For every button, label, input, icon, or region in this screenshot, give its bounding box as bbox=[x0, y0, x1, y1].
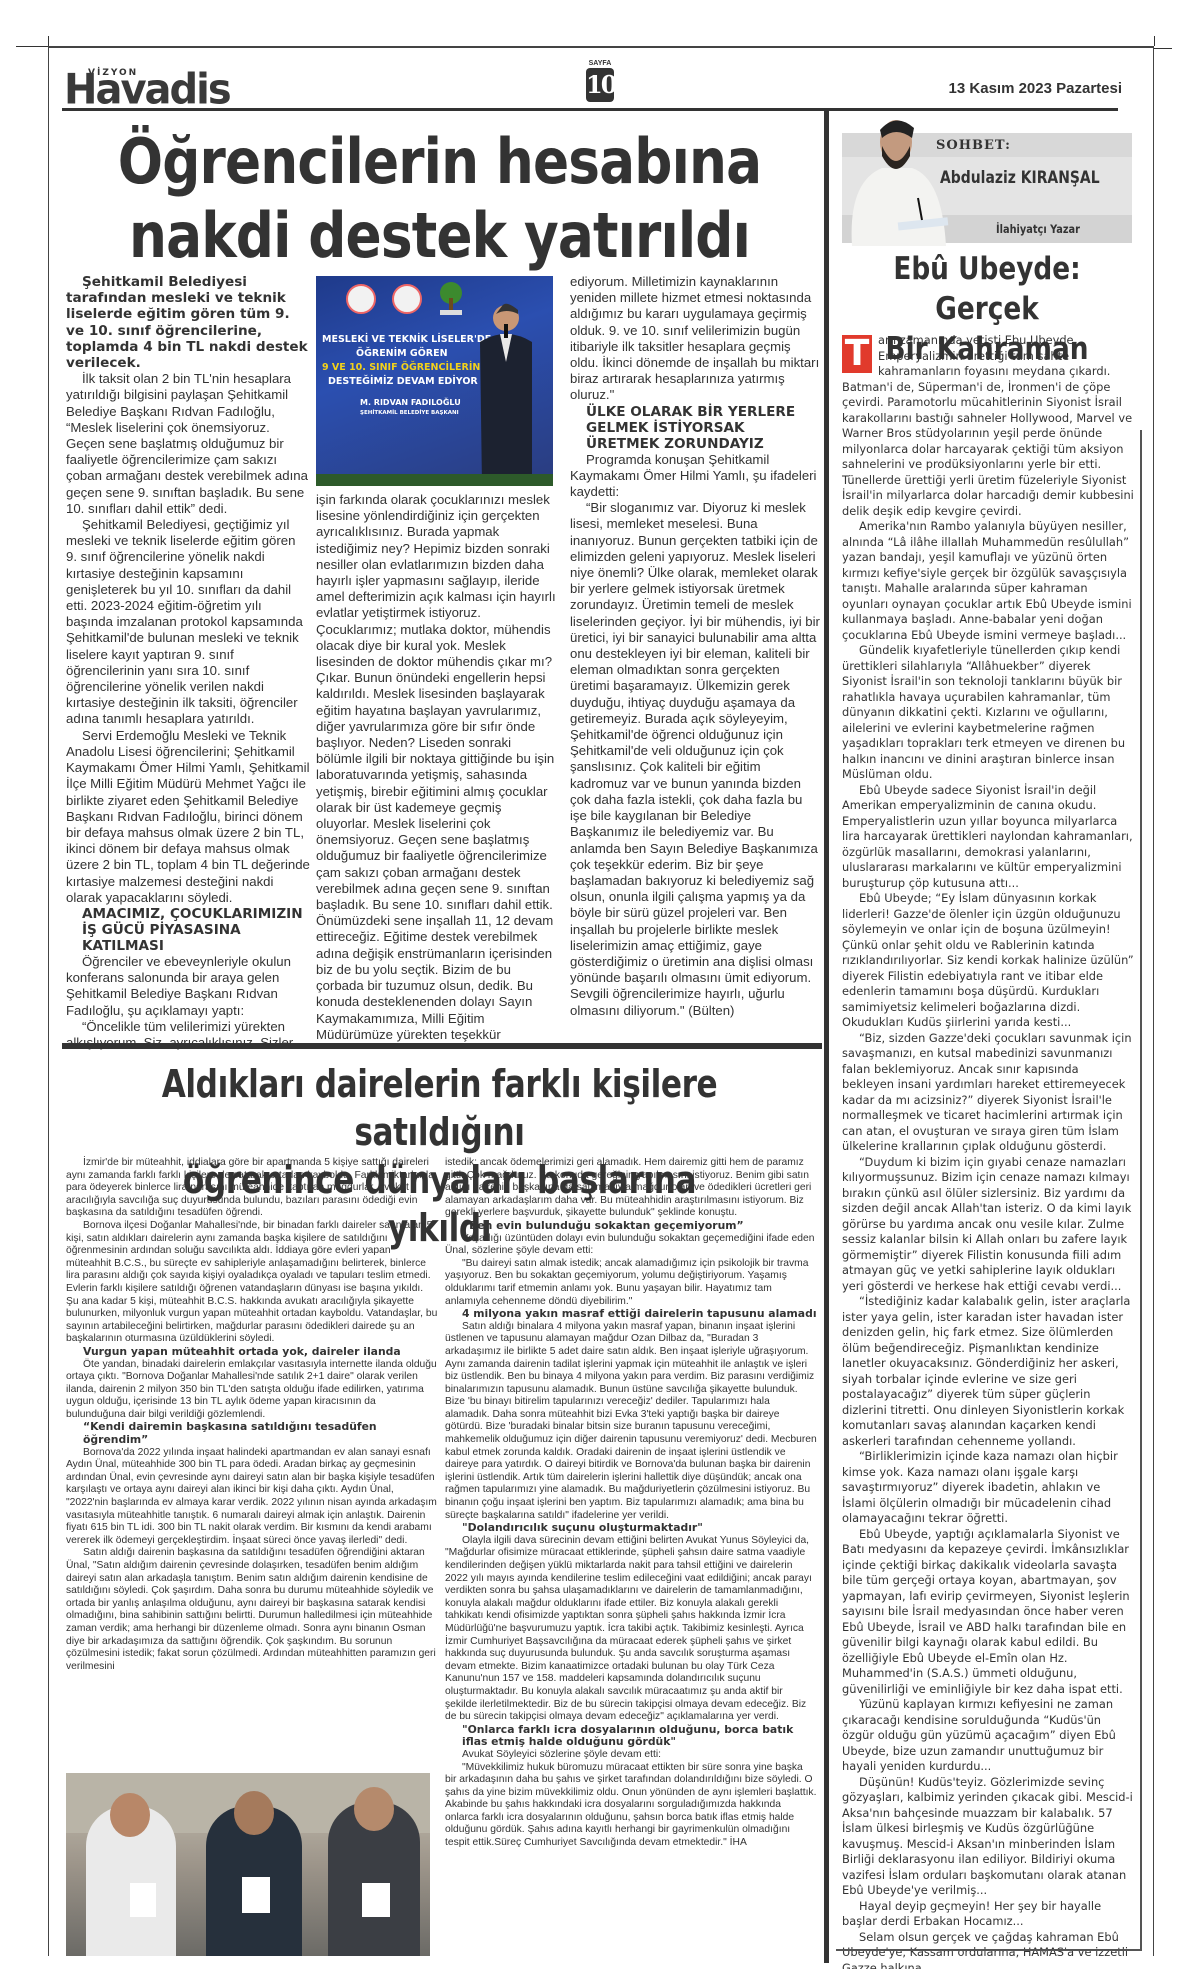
crop-mark bbox=[16, 46, 48, 47]
masthead-rule bbox=[62, 108, 1118, 111]
article1-lead: Şehitkamil Belediyesi tarafından mesleki… bbox=[66, 274, 310, 371]
article1-column-3: ediyorum. Milletimizin kaynaklarının yen… bbox=[570, 274, 820, 1019]
paragraph: Öte yandan, binadaki dairelerin emlakçıl… bbox=[66, 1359, 438, 1422]
page-label: SAYFA bbox=[586, 60, 614, 67]
paragraph: işin farkında olarak çocuklarınızı mesle… bbox=[316, 492, 556, 1043]
paragraph: Yaşadığı üzüntüden dolayı evin bulunduğu… bbox=[445, 1233, 817, 1258]
photo-ground bbox=[316, 474, 553, 486]
article1-column-2: işin farkında olarak çocuklarınızı mesle… bbox=[316, 492, 556, 1043]
person-head bbox=[354, 1787, 394, 1831]
crop-mark bbox=[48, 36, 49, 46]
paragraph: "Müvekkilimiz hukuk büromuzu müracaat et… bbox=[445, 1762, 817, 1850]
speaker-figure bbox=[474, 302, 536, 486]
article2-subhead: “Ben evin bulunduğu sokaktan geçemiyorum… bbox=[445, 1220, 817, 1233]
paragraph: "Bu daireyi satın almak istedik; ancak a… bbox=[445, 1258, 817, 1308]
section-divider bbox=[62, 1043, 822, 1049]
article2-subhead: "Onlarca farklı icra dosyalarının olduğu… bbox=[445, 1724, 817, 1749]
banner-text: MESLEKİ VE TEKNİK LİSELER'DE bbox=[322, 334, 491, 345]
page-number-badge: SAYFA 10 bbox=[586, 60, 614, 102]
paragraph: Servi Erdemoğlu Mesleki ve Teknik Anadol… bbox=[66, 728, 310, 906]
dropcap-letter: T bbox=[842, 335, 872, 373]
paragraph: İzmir'de bir müteahhit, iddialara göre b… bbox=[66, 1157, 438, 1220]
article1-column-1: Şehitkamil Belediyesi tarafından mesleki… bbox=[66, 274, 310, 1051]
banner-text: ÖĞRENİM GÖREN bbox=[356, 348, 448, 359]
column-frame bbox=[836, 430, 1142, 1951]
page-number: 10 bbox=[586, 68, 614, 102]
title-line: Ebû Ubeyde: Gerçek bbox=[864, 249, 1111, 329]
article2-subhead: Vurgun yapan müteahhit ortada yok, daire… bbox=[66, 1346, 438, 1359]
column-section-label: SOHBET: bbox=[936, 138, 1011, 153]
author-photo[interactable] bbox=[842, 112, 952, 246]
ministry-seal-icon bbox=[392, 284, 422, 314]
paragraph: “Bir sloganımız var. Diyoruz ki meslek l… bbox=[570, 500, 820, 1019]
article2-column-2: istedik; ancak ödemelerimizi geri alamad… bbox=[445, 1157, 817, 1850]
person-head bbox=[110, 1793, 150, 1837]
paragraph: Satın aldığı dairenin başkasına da satıl… bbox=[66, 1547, 438, 1673]
article1-subhead: AMACIMIZ, ÇOCUKLARIMIZIN İŞ GÜCÜ PİYASAS… bbox=[66, 906, 310, 954]
document-held bbox=[362, 1883, 390, 1917]
paragraph: Şehitkamil Belediyesi, geçtiğimiz yıl me… bbox=[66, 517, 310, 728]
ministry-seal-icon bbox=[346, 284, 376, 314]
headline-line: Aldıkları dairelerin farklı kişilere sat… bbox=[130, 1060, 749, 1156]
paragraph: ediyorum. Milletimizin kaynaklarının yen… bbox=[570, 274, 820, 404]
article2-subhead: "Dolandırıcılık suçunu oluşturmaktadır" bbox=[445, 1522, 817, 1535]
banner-text: DESTEĞİMİZ DEVAM EDİYOR bbox=[328, 376, 478, 387]
paragraph: İlk taksit olan 2 bin TL'nin hesaplara y… bbox=[66, 371, 310, 517]
paragraph: istedik; ancak ödemelerimizi geri alamad… bbox=[445, 1157, 817, 1220]
document-held bbox=[242, 1877, 270, 1913]
article1-subhead: ÜLKE OLARAK BİR YERLERE GELMEK İSTİYORSA… bbox=[570, 404, 820, 452]
paragraph: Olayla ilgili dava sürecinin devam ettiğ… bbox=[445, 1535, 817, 1724]
author-role: İlahiyatçı Yazar bbox=[996, 222, 1080, 236]
author-name[interactable]: Abdulaziz KIRANŞAL bbox=[940, 168, 1100, 188]
article2-photo[interactable] bbox=[66, 1773, 430, 1956]
headline-line: nakdi destek yatırıldı bbox=[115, 199, 764, 273]
masthead: VİZYON Havadis SAYFA 10 13 Kasım 2023 Pa… bbox=[62, 56, 1122, 108]
paragraph: Öğrenciler ve ebeveynleriyle okulun konf… bbox=[66, 954, 310, 1019]
paragraph: Bornova ilçesi Doğanlar Mahallesi'nde, b… bbox=[66, 1220, 438, 1346]
person-head bbox=[234, 1791, 274, 1835]
banner-text: 9 VE 10. SINIF ÖĞRENCİLERİNE bbox=[322, 362, 487, 373]
column-divider bbox=[824, 111, 829, 1963]
crop-mark bbox=[1154, 48, 1172, 49]
crop-mark bbox=[1154, 36, 1155, 46]
article2-subhead: “Kendi dairemin başkasına satıldığını te… bbox=[66, 1421, 438, 1446]
article2-subhead: 4 milyona yakın masraf ettiği dairelerin… bbox=[445, 1308, 817, 1321]
article1-headline: Öğrencilerin hesabına nakdi destek yatır… bbox=[115, 125, 764, 273]
article1-photo[interactable]: MESLEKİ VE TEKNİK LİSELER'DE ÖĞRENİM GÖR… bbox=[316, 276, 553, 486]
issue-date: 13 Kasım 2023 Pazartesi bbox=[949, 80, 1122, 97]
article2-column-1: İzmir'de bir müteahhit, iddialara göre b… bbox=[66, 1157, 438, 1673]
paragraph: Avukat Söyleyici sözlerine şöyle devam e… bbox=[445, 1749, 817, 1762]
tree-logo-icon bbox=[438, 282, 464, 316]
banner-text: ŞEHİTKAMİL BELEDİYE BAŞKANI bbox=[360, 410, 459, 416]
paragraph: Bornova'da 2022 yılında inşaat halindeki… bbox=[66, 1447, 438, 1548]
document-held bbox=[130, 1883, 156, 1917]
paragraph: Satın aldığı binalara 4 milyona yakın ma… bbox=[445, 1321, 817, 1523]
logo-big-text: Havadis bbox=[64, 71, 230, 109]
paragraph: Programda konuşan Şehitkamil Kaymakamı Ö… bbox=[570, 452, 820, 501]
headline-line: Öğrencilerin hesabına bbox=[115, 125, 764, 199]
banner-text: M. RIDVAN FADILOĞLU bbox=[360, 398, 461, 407]
